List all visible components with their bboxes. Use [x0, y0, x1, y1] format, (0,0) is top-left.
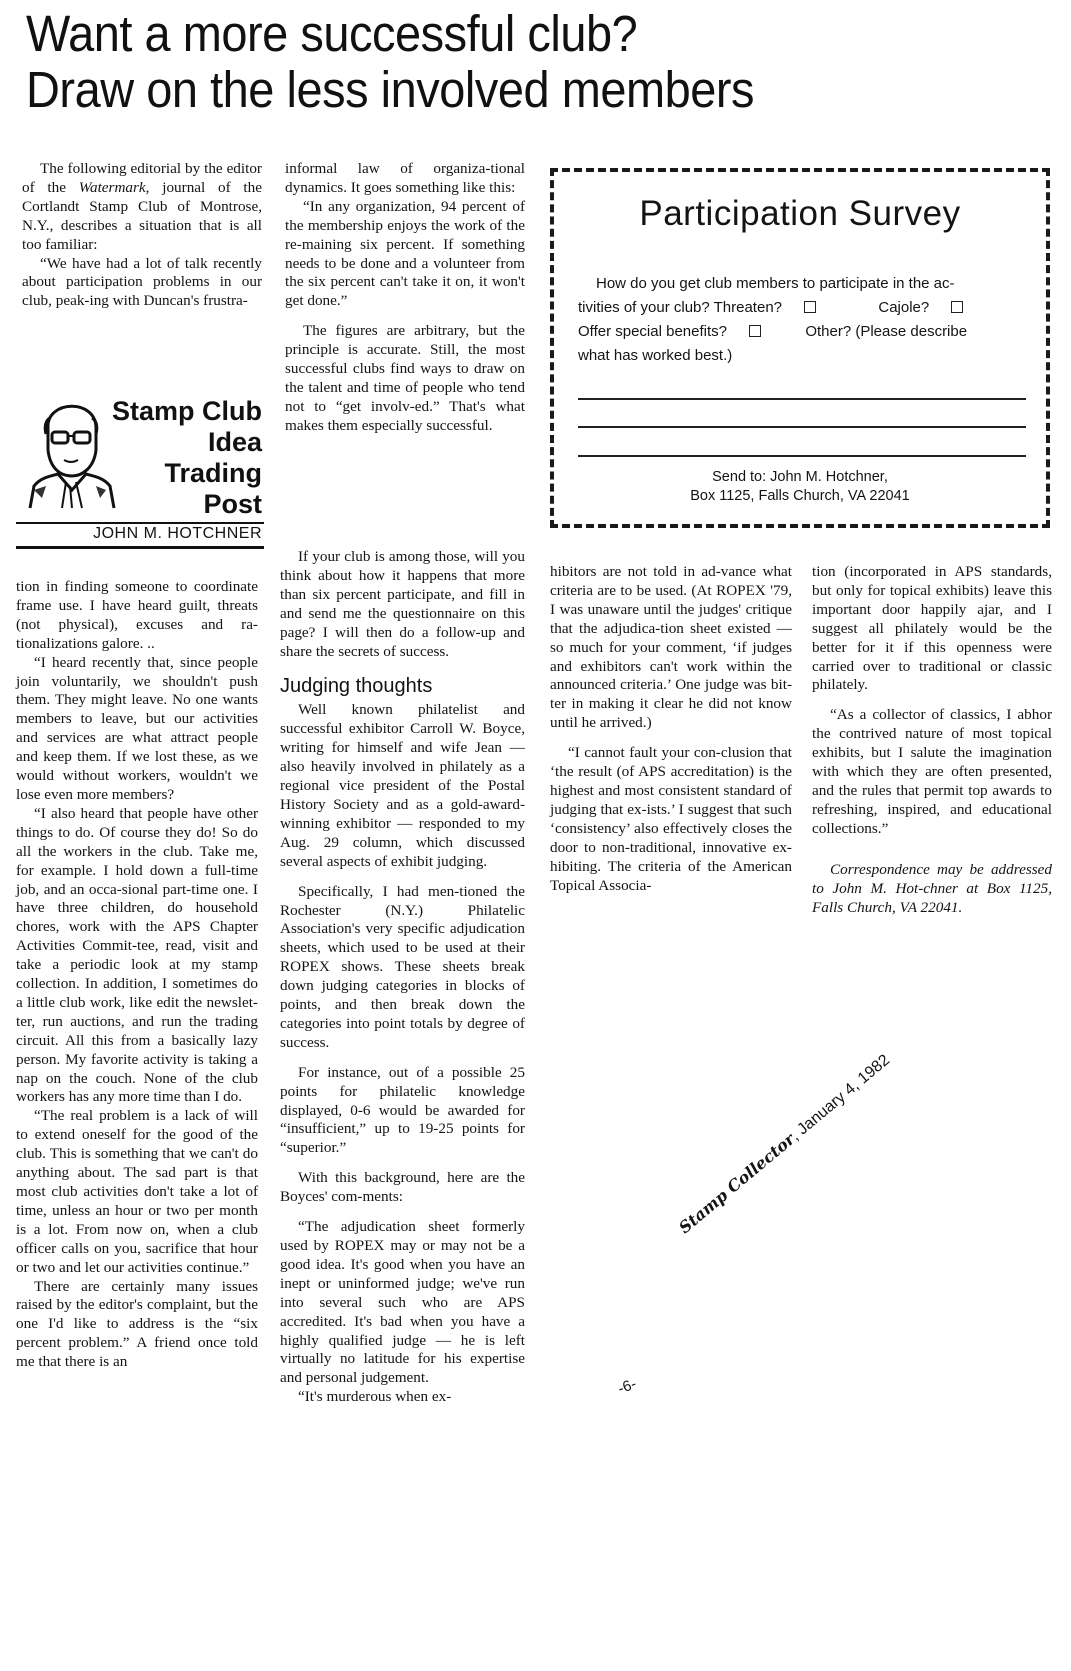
source-annotation: Stamp Collector, January 4, 1982	[675, 1050, 894, 1238]
paragraph: “The real problem is a lack of will to e…	[16, 1107, 258, 1277]
editorial-quote: “We have had a lot of talk recently abou…	[22, 255, 262, 312]
watermark-journal-name: Watermark	[79, 179, 146, 196]
paragraph: There are certainly many issues raised b…	[16, 1278, 258, 1373]
survey-title: Participation Survey	[554, 194, 1046, 234]
column-2-body: If your club is among those, will you th…	[280, 548, 525, 1407]
column-1-body: tion in finding someone to coordinate fr…	[16, 578, 258, 1372]
divider	[16, 522, 264, 524]
threaten-checkbox[interactable]	[804, 301, 816, 313]
headline: Want a more successful club? Draw on the…	[26, 6, 983, 118]
paragraph: Well known philatelist and successful ex…	[280, 701, 525, 871]
paragraph: For instance, out of a possible 25 point…	[280, 1064, 525, 1159]
headline-line-2: Draw on the less involved members	[26, 62, 983, 118]
paragraph: “The adjudication sheet formerly used by…	[280, 1218, 525, 1388]
divider	[16, 546, 264, 549]
paragraph: With this background, here are the Boyce…	[280, 1169, 525, 1207]
column-logo: Stamp Club Idea Trading Post JOHN M. HOT…	[16, 386, 264, 552]
handwritten-publication-name: Stamp Collector	[675, 1129, 798, 1237]
paragraph: hibitors are not told in ad-vance what c…	[550, 563, 792, 733]
survey-mailing-address: Send to: John M. Hotchner, Box 1125, Fal…	[554, 468, 1046, 506]
paragraph: “It's murderous when ex-	[280, 1388, 525, 1407]
answer-line-3[interactable]	[578, 455, 1026, 457]
correspondence-note: Correspondence may be addressed to John …	[812, 861, 1052, 918]
column-1-intro: The following editorial by the editor of…	[22, 160, 262, 311]
section-heading-judging-thoughts: Judging thoughts	[280, 673, 525, 699]
paragraph: “I cannot fault your con-clusion that ‘t…	[550, 744, 792, 895]
column-2-intro: informal law of organiza-tional dynamics…	[285, 160, 525, 436]
author-byline: JOHN M. HOTCHNER	[93, 525, 262, 543]
paragraph: If your club is among those, will you th…	[280, 548, 525, 661]
headline-line-1: Want a more successful club?	[26, 6, 983, 62]
cajole-checkbox[interactable]	[951, 301, 963, 313]
intro-paragraph: The following editorial by the editor of…	[22, 160, 262, 255]
paragraph: tion (incorporated in APS standards, but…	[812, 563, 1052, 695]
author-portrait-icon	[26, 390, 116, 510]
paragraph: tion in finding someone to coordinate fr…	[16, 578, 258, 654]
paragraph: “I also heard that people have other thi…	[16, 805, 258, 1108]
column-4: tion (incorporated in APS standards, but…	[812, 563, 1052, 917]
answer-line-2[interactable]	[578, 426, 1026, 428]
answer-line-1[interactable]	[578, 398, 1026, 400]
column-3: hibitors are not told in ad-vance what c…	[550, 563, 792, 895]
paragraph: “As a collector of classics, I abhor the…	[812, 706, 1052, 838]
publication-date: , January 4, 1982	[787, 1052, 893, 1144]
paragraph: Specifically, I had men-tioned the Roche…	[280, 883, 525, 1053]
paragraph: “In any organization, 94 percent of the …	[285, 198, 525, 311]
page-number: -6-	[616, 1375, 639, 1397]
special-benefits-checkbox[interactable]	[749, 325, 761, 337]
paragraph: “I heard recently that, since people joi…	[16, 654, 258, 805]
paragraph: informal law of organiza-tional dynamics…	[285, 160, 525, 198]
paragraph: The figures are arbitrary, but the princ…	[285, 322, 525, 435]
column-title: Stamp Club Idea Trading Post	[112, 396, 262, 520]
participation-survey-coupon: Participation Survey How do you get club…	[550, 168, 1050, 528]
survey-question: How do you get club members to participa…	[578, 272, 1026, 368]
